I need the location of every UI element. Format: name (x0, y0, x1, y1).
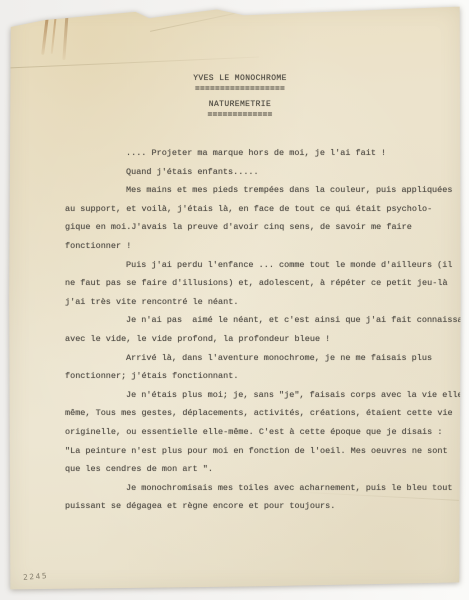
text-line: Quand j'étais enfants..... (65, 163, 457, 182)
typed-body: .... Projeter ma marque hors de moi, je … (65, 144, 457, 516)
text-line: avec le vide, le vide profond, la profon… (65, 330, 457, 349)
text-line: ne faut pas se faire d'illusions) et, ad… (65, 274, 457, 293)
document-title: YVES LE MONOCHROME (14, 74, 466, 83)
text-line: originelle, ou essentielle elle-même. C'… (65, 423, 457, 442)
text-line: Je n'ai pas aimé le néant, et c'est ains… (65, 311, 457, 330)
document-subtitle: NATUREMETRIE (14, 100, 466, 109)
text-line: fonctionner; j'étais fonctionnant. (65, 367, 457, 386)
paper-crease (9, 57, 259, 69)
text-line: Puis j'ai perdu l'enfance ... comme tout… (65, 256, 457, 275)
typewritten-page: YVES LE MONOCHROME ================== NA… (9, 6, 461, 590)
text-line: Mes mains et mes pieds trempées dans la … (65, 181, 457, 200)
rust-stain-mark (41, 8, 50, 55)
text-line: "La peinture n'est plus pour moi en fonc… (65, 442, 457, 461)
text-line: que les cendres de mon art ". (65, 460, 457, 479)
text-line: gique en moi.J'avais la preuve d'avoir c… (65, 218, 457, 237)
text-line: Je monochromisais mes toiles avec acharn… (65, 479, 457, 498)
text-line: .... Projeter ma marque hors de moi, je … (65, 144, 457, 163)
pencil-inventory-number: 2245 (23, 571, 49, 582)
text-line: même, Tous mes gestes, déplacements, act… (65, 404, 457, 423)
text-line: j'ai très vite rencontré le néant. (65, 293, 457, 312)
title-underline: ================== (14, 85, 466, 94)
paper-crease (150, 9, 253, 32)
text-line: au support, et voilà, j'étais là, en fac… (65, 200, 457, 219)
text-line: puissant se dégagea et règne encore et p… (65, 497, 457, 516)
rust-stain-mark (51, 10, 58, 54)
text-line: Arrivé là, dans l'aventure monochrome, j… (65, 349, 457, 368)
scan-background: YVES LE MONOCHROME ================== NA… (0, 0, 469, 600)
subtitle-underline: ============= (14, 111, 466, 120)
text-line: fonctionner ! (65, 237, 457, 256)
paper-sheet: YVES LE MONOCHROME ================== NA… (9, 6, 461, 590)
rust-stain-mark (62, 12, 68, 60)
text-line: Je n'étais plus moi; je, sans "je", fais… (65, 386, 457, 405)
